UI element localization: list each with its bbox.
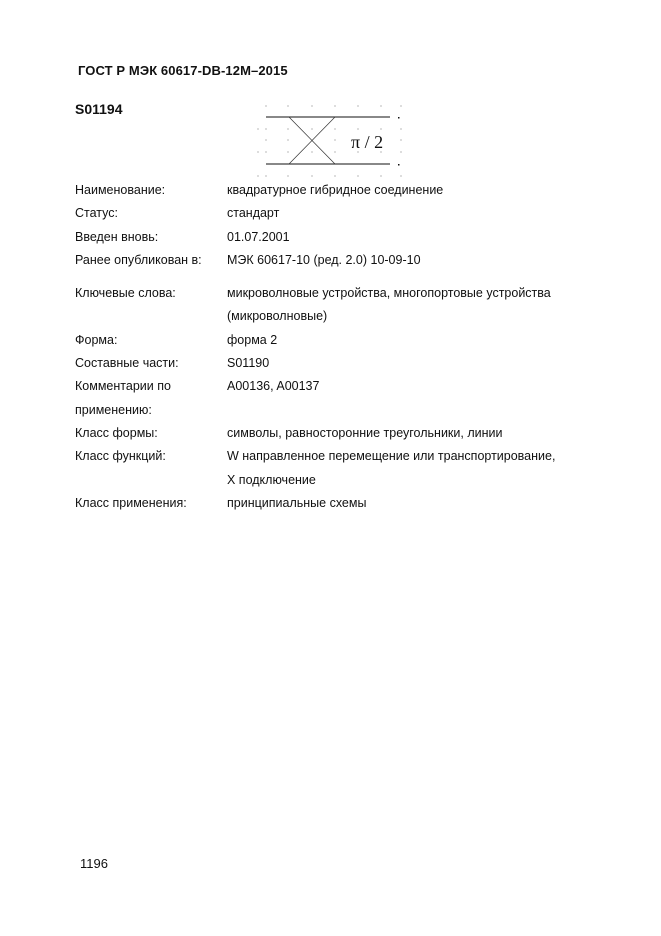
field-label: Комментарии по: [75, 375, 227, 398]
field-value: W направленное перемещение или транспорт…: [227, 445, 597, 468]
field-value: квадратурное гибридное соединение: [227, 179, 597, 202]
field-value: (микроволновые): [227, 305, 597, 328]
field-value: принципиальные схемы: [227, 492, 597, 515]
field-row-previously-published: Ранее опубликован в: МЭК 60617-10 (ред. …: [75, 249, 597, 272]
field-value: МЭК 60617-10 (ред. 2.0) 10-09-10: [227, 249, 597, 272]
field-value: X подключение: [227, 469, 597, 492]
symbol-code: S01194: [75, 101, 123, 117]
field-label: Наименование:: [75, 179, 227, 202]
field-label: Класс применения:: [75, 492, 227, 515]
field-label: Класс функций:: [75, 445, 227, 468]
field-row-name: Наименование: квадратурное гибридное сое…: [75, 179, 597, 202]
field-row-application-class: Класс применения: принципиальные схемы: [75, 492, 597, 515]
quadrature-hybrid-symbol-icon: π / 2: [255, 100, 415, 180]
field-row-components: Составные части: S01190: [75, 352, 597, 375]
field-label: Класс формы:: [75, 422, 227, 445]
field-row-status: Статус: стандарт: [75, 202, 597, 225]
field-value: S01190: [227, 352, 597, 375]
field-value: микроволновые устройства, многопортовые …: [227, 282, 597, 305]
field-label: Введен вновь:: [75, 226, 227, 249]
document-header: ГОСТ Р МЭК 60617-DB-12M–2015: [78, 63, 288, 78]
field-label: Форма:: [75, 329, 227, 352]
field-value: A00136, A00137: [227, 375, 597, 398]
field-row-shape-class: Класс формы: символы, равносторонние тре…: [75, 422, 597, 445]
page-number: 1196: [80, 856, 108, 871]
spacer: [75, 272, 597, 282]
field-label: Ранее опубликован в:: [75, 249, 227, 272]
field-value: символы, равносторонние треугольники, ли…: [227, 422, 597, 445]
field-label: Ключевые слова:: [75, 282, 227, 305]
field-label: применению:: [75, 399, 227, 422]
field-row-form: Форма: форма 2: [75, 329, 597, 352]
field-value: стандарт: [227, 202, 597, 225]
field-table: Наименование: квадратурное гибридное сое…: [75, 179, 597, 515]
field-row-keywords: Ключевые слова: микроволновые устройства…: [75, 282, 597, 329]
field-row-function-class: Класс функций: W направленное перемещени…: [75, 445, 597, 492]
field-row-introduced: Введен вновь: 01.07.2001: [75, 226, 597, 249]
phase-label: π / 2: [351, 132, 383, 153]
field-label: Статус:: [75, 202, 227, 225]
field-value: форма 2: [227, 329, 597, 352]
field-value: 01.07.2001: [227, 226, 597, 249]
field-label: Составные части:: [75, 352, 227, 375]
field-row-application-notes: Комментарии по применению: A00136, A0013…: [75, 375, 597, 422]
